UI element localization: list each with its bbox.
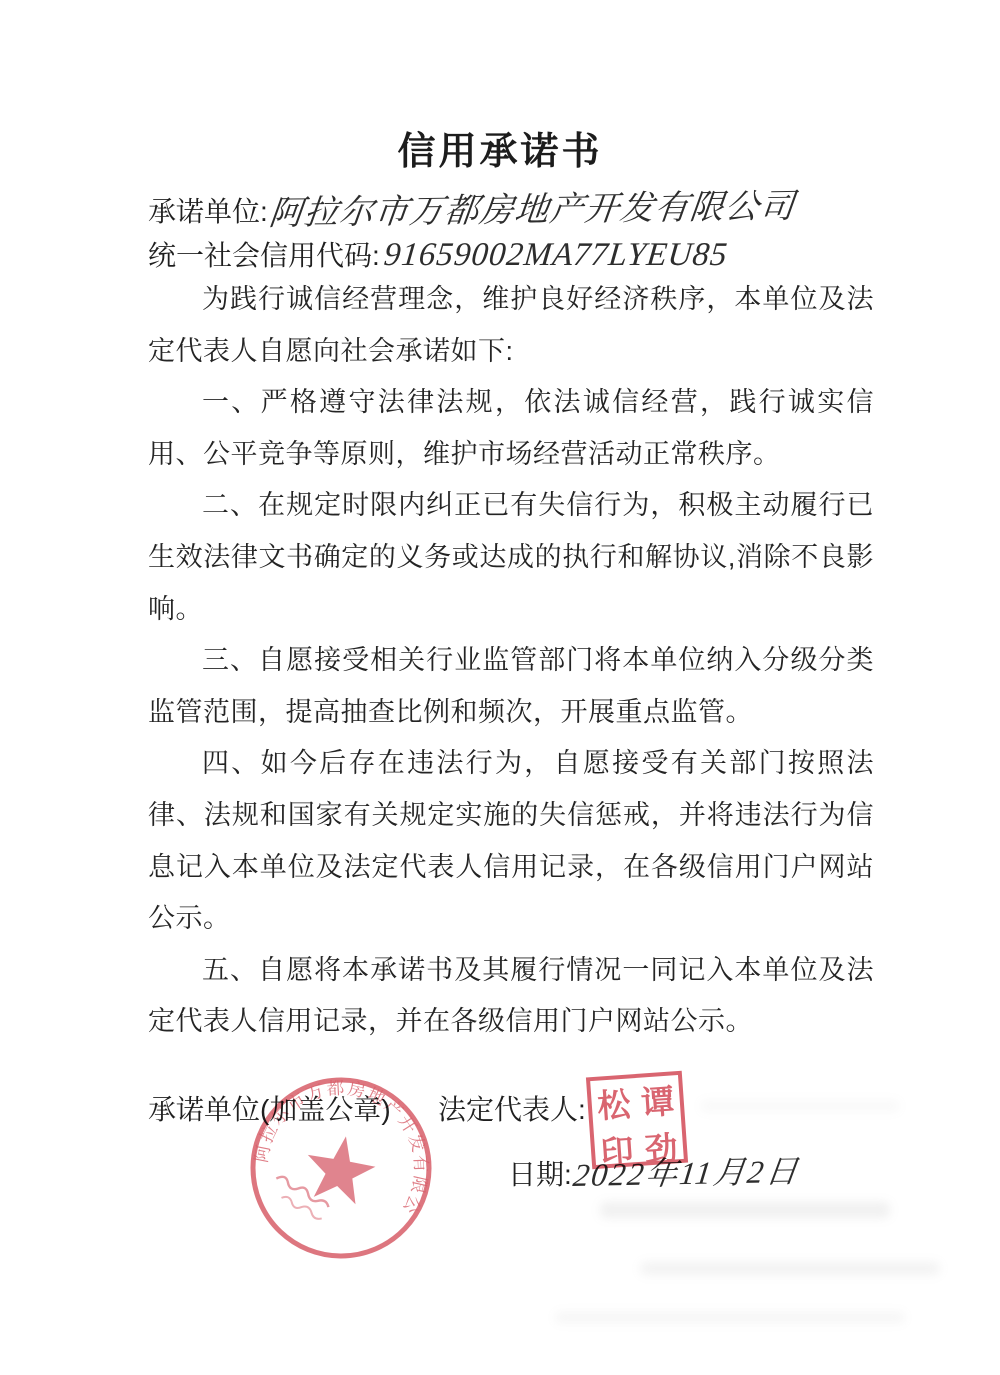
uyghur-script	[279, 1195, 324, 1220]
unit-field: 承诺单位:阿拉尔市万都房地产开发有限公司	[148, 182, 795, 231]
credit-code-field: 统一社会信用代码:91659002MA77LYEU85	[148, 234, 727, 274]
date-label: 日期:	[508, 1159, 572, 1190]
paragraph-item-1: 一、严格遵守法律法规，依法诚信经营，践行诚实信用、公平竞争等原则，维护市场经营活…	[148, 377, 874, 480]
document-title: 信用承诺书	[0, 120, 1000, 175]
paragraph-item-2: 二、在规定时限内纠正已有失信行为，积极主动履行已生效法律文书确定的义务或达成的执…	[148, 480, 874, 635]
scan-bleed-artifact	[555, 1312, 905, 1323]
paragraph-intro: 为践行诚信经营理念，维护良好经济秩序，本单位及法定代表人自愿向社会承诺如下:	[148, 274, 874, 377]
scan-bleed-artifact	[640, 1262, 940, 1275]
document-body: 为践行诚信经营理念，维护良好经济秩序，本单位及法定代表人自愿向社会承诺如下: 一…	[148, 274, 874, 1048]
seal-char-top-right: 谭	[634, 1075, 681, 1125]
paragraph-item-5: 五、自愿将本承诺书及其履行情况一同记入本单位及法定代表人信用记录，并在各级信用门…	[148, 945, 874, 1048]
legal-rep-label: 法定代表人:	[438, 1088, 586, 1128]
seal-char-top-left: 松	[590, 1078, 637, 1128]
document-page: 信用承诺书 承诺单位:阿拉尔市万都房地产开发有限公司 统一社会信用代码:9165…	[0, 0, 1000, 1375]
scan-bleed-artifact	[600, 1202, 890, 1218]
scan-bleed-artifact	[700, 1100, 900, 1112]
seal-char-bottom-right: 劲	[637, 1122, 684, 1172]
unit-value-handwritten: 阿拉尔市万都房地产开发有限公司	[267, 178, 798, 234]
credit-code-value-handwritten: 91659002MA77LYEU85	[382, 237, 730, 274]
company-round-seal: 阿拉尔市万都房地产开发有限公司	[245, 1072, 437, 1264]
credit-code-label: 统一社会信用代码:	[148, 240, 380, 271]
paragraph-item-4: 四、如今后存在违法行为，自愿接受有关部门按照法律、法规和国家有关规定实施的失信惩…	[148, 738, 874, 944]
star-icon	[301, 1130, 380, 1206]
seal-char-bottom-left: 印	[593, 1125, 640, 1175]
unit-label: 承诺单位:	[148, 196, 268, 227]
name-square-seal: 松 谭 印 劲	[586, 1071, 688, 1169]
paragraph-item-3: 三、自愿接受相关行业监管部门将本单位纳入分级分类监管范围，提高抽查比例和频次，开…	[148, 635, 874, 738]
